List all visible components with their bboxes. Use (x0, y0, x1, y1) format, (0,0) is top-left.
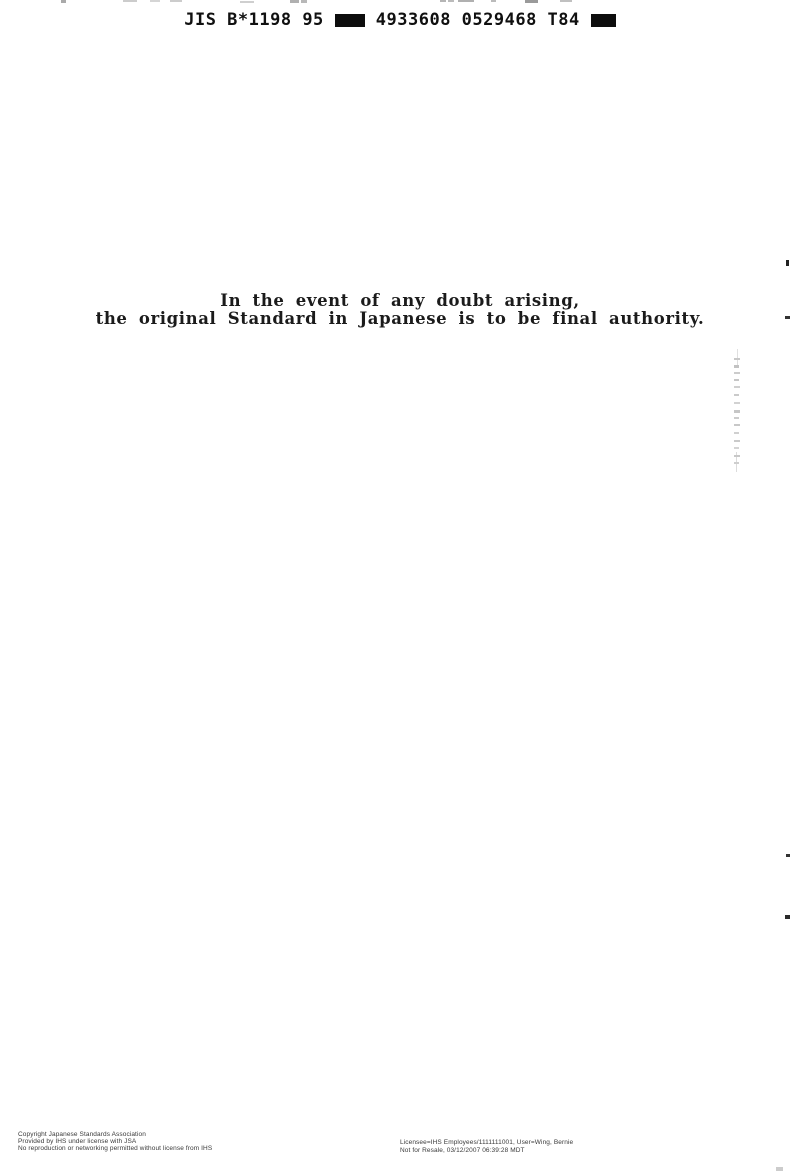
scan-artifact-mark (734, 372, 740, 374)
standard-code-right: 4933608 0529468 T84 (376, 10, 580, 30)
scan-artifact-mark (734, 386, 740, 388)
scan-artifact-mark (61, 0, 66, 3)
no-reproduction-line: No reproduction or networking permitted … (18, 1145, 212, 1152)
license-block: Licensee=IHS Employees/1111111001, User=… (400, 1139, 573, 1154)
scan-artifact-mark (734, 440, 740, 442)
scan-artifact-mark (785, 915, 790, 919)
scan-artifact-mark (560, 0, 572, 2)
authority-notice-line-1: In the event of any doubt arising, (0, 292, 800, 310)
scan-artifact-mark (734, 365, 739, 368)
scan-artifact-mark (734, 402, 740, 404)
authority-notice-line-2: the original Standard in Japanese is to … (0, 310, 800, 328)
redaction-box-icon (591, 14, 616, 27)
scan-artifact-mark (734, 424, 740, 426)
standard-code-header: JIS B*1198 95 4933608 0529468 T84 (0, 10, 800, 30)
scan-artifact-mark (525, 0, 538, 3)
scan-artifact-mark (734, 358, 740, 360)
copyright-line: Copyright Japanese Standards Association (18, 1131, 212, 1138)
scan-artifact-mark (448, 0, 454, 2)
scan-artifact-mark (734, 379, 739, 381)
scan-artifact-mark (170, 0, 182, 2)
copyright-block: Copyright Japanese Standards Association… (18, 1131, 212, 1153)
scan-artifact-mark (240, 1, 254, 3)
not-for-resale-line: Not for Resale, 03/12/2007 06:39:28 MDT (400, 1147, 573, 1155)
authority-notice: In the event of any doubt arising, the o… (0, 292, 800, 328)
document-page: JIS B*1198 95 4933608 0529468 T84 In the… (0, 0, 800, 1175)
scan-artifact-mark (786, 854, 790, 857)
scan-artifact-mark (123, 0, 137, 2)
redaction-box-icon (335, 14, 365, 27)
scan-artifact-mark (734, 462, 739, 464)
scan-artifact-mark (737, 349, 738, 365)
scan-artifact-mark (786, 260, 789, 266)
scan-artifact-mark (785, 316, 790, 319)
scan-artifact-mark (734, 432, 739, 434)
scan-artifact-mark (734, 417, 739, 419)
scan-artifact-mark (491, 0, 496, 2)
provided-by-line: Provided by IHS under license with JSA (18, 1138, 212, 1145)
scan-artifact-mark (458, 0, 474, 2)
scan-artifact-mark (734, 447, 739, 449)
scan-artifact-mark (734, 394, 739, 396)
licensee-line: Licensee=IHS Employees/1111111001, User=… (400, 1139, 573, 1147)
scan-artifact-mark (776, 1167, 783, 1171)
scan-artifact-mark (290, 0, 299, 3)
scan-artifact-mark (150, 0, 160, 2)
scan-artifact-mark (440, 0, 446, 2)
standard-code-left: JIS B*1198 95 (184, 10, 324, 30)
scan-artifact-mark (734, 455, 740, 457)
scan-artifact-mark (301, 0, 307, 3)
scan-artifact-mark (734, 410, 740, 413)
